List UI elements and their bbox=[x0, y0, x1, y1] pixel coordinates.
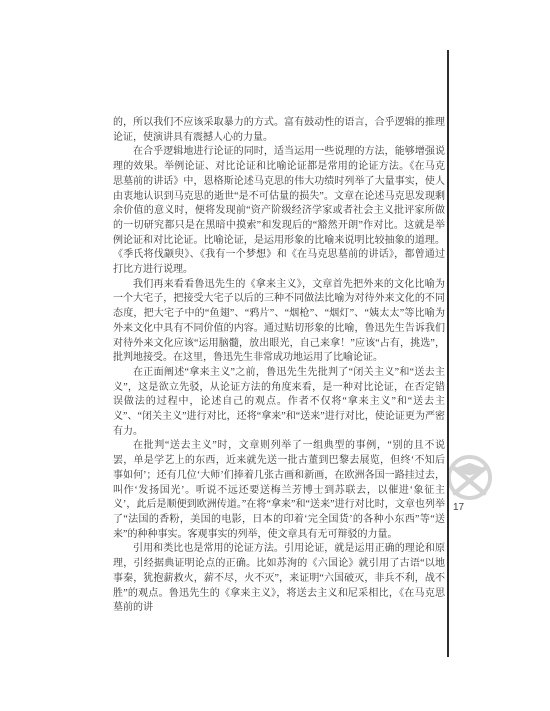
book-page: 的，所以我们不应该采取暴力的方式。富有鼓动性的语言，合乎逻辑的推理论证，使演讲具… bbox=[0, 0, 550, 711]
paragraph: 的，所以我们不应该采取暴力的方式。富有鼓动性的语言，合乎逻辑的推理论证，使演讲具… bbox=[113, 116, 445, 145]
publisher-logo-icon bbox=[446, 454, 493, 501]
paragraph: 引用和类比也是常用的论证方法。引用论证，就是运用正确的理论和原理，引经据典证明论… bbox=[113, 542, 445, 616]
paragraph: 在合乎逻辑地进行论证的同时，适当运用一些说理的方法，能够增强说理的效果。举例论证… bbox=[113, 145, 445, 277]
page-number: 17 bbox=[453, 502, 473, 514]
page-text: 的，所以我们不应该采取暴力的方式。富有鼓动性的语言，合乎逻辑的推理论证，使演讲具… bbox=[113, 116, 445, 616]
paragraph: 在批判“送去主义”时，文章则列举了一组典型的事例，“别的且不说罢，单是学艺上的东… bbox=[113, 439, 445, 542]
paragraph: 我们再来看看鲁迅先生的《拿来主义》，文章首先把外来的文化比喻为一个大宅子，把接受… bbox=[113, 278, 445, 366]
paragraph: 在正面阐述“拿来主义”之前，鲁迅先生先批判了“闭关主义”和“送去主义”，这是欲立… bbox=[113, 366, 445, 440]
margin-rule bbox=[447, 50, 449, 657]
